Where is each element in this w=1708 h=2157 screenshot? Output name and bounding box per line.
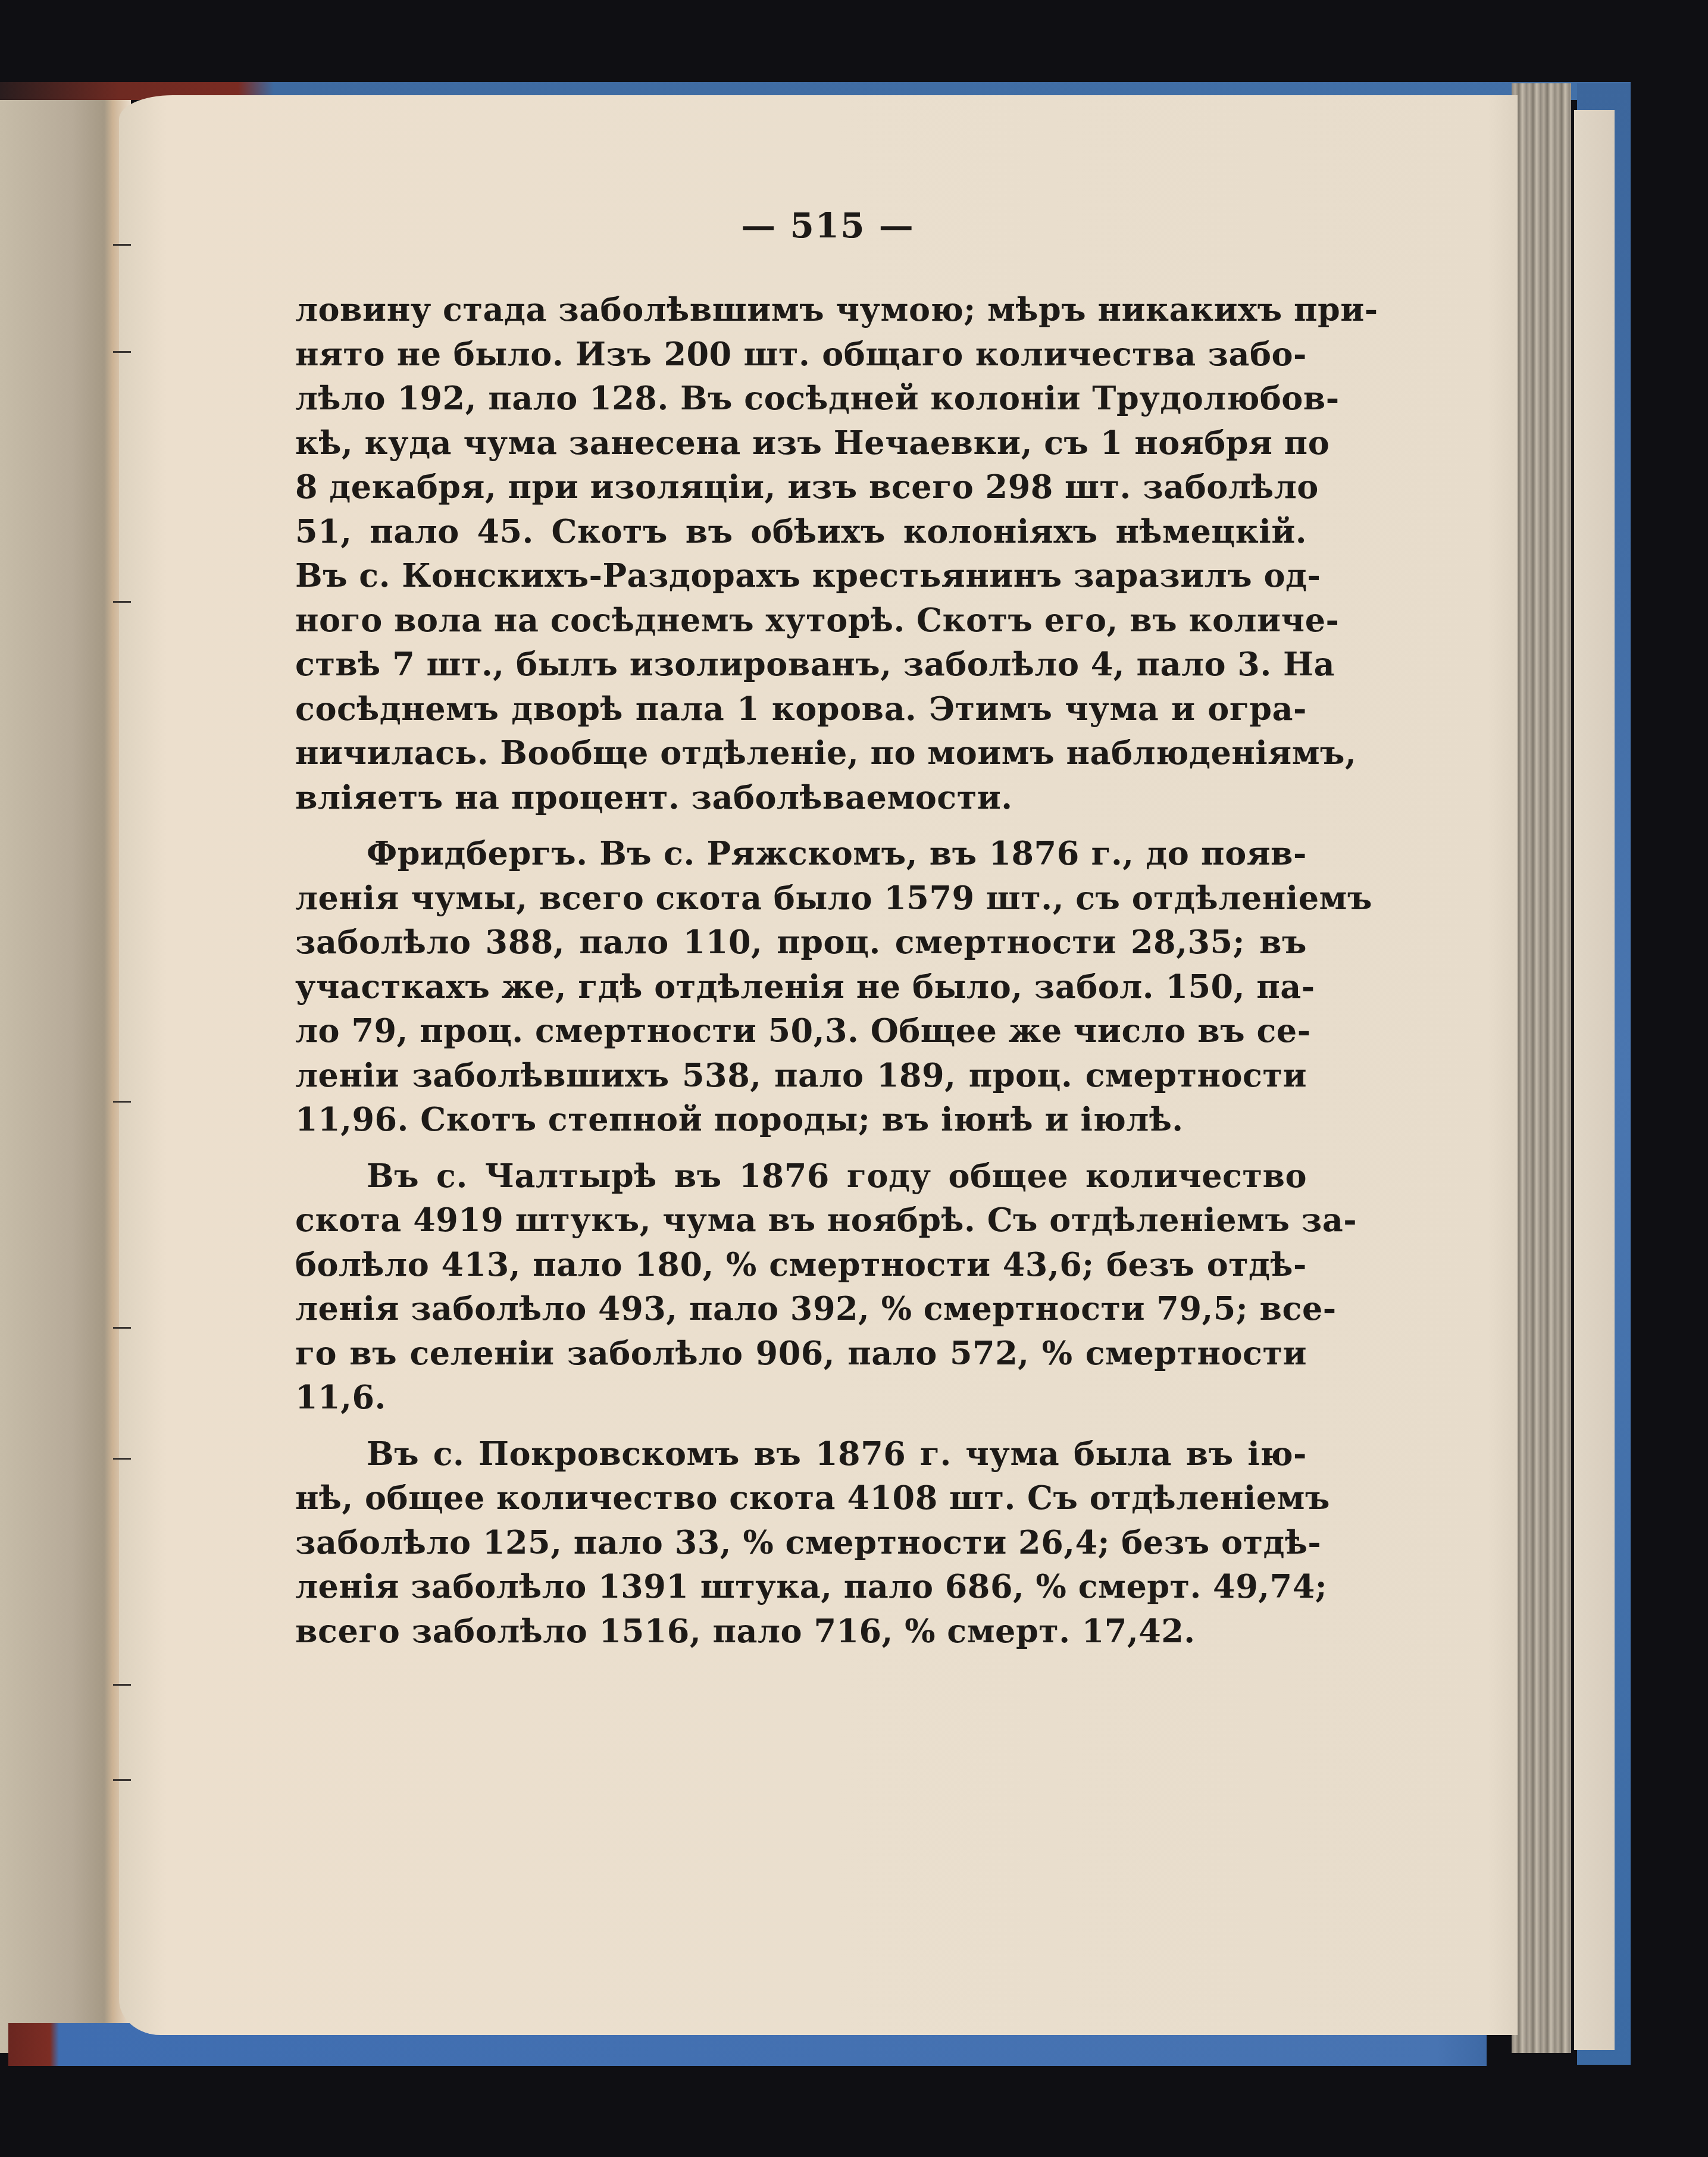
paragraph-3: Въ с. Чалтырѣ въ 1876 году общее количес… — [295, 1154, 1307, 1420]
text-line: Въ с. Покровскомъ въ 1876 г. чума была в… — [295, 1432, 1307, 1476]
page-number: — 515 — — [295, 205, 1307, 246]
text-line: лѣло 192, пало 128. Въ сосѣдней колоніи … — [295, 376, 1307, 421]
back-endpaper — [1574, 110, 1615, 2050]
text-line: ленія чумы, всего скота было 1579 шт., с… — [295, 876, 1307, 921]
text-line: ловину стада заболѣвшимъ чумою; мѣръ ник… — [295, 287, 1307, 332]
page-text-block: — 515 — ловину стада заболѣвшимъ чумою; … — [295, 205, 1307, 1653]
text-line: сосѣднемъ дворѣ пала 1 корова. Этимъ чум… — [295, 687, 1307, 731]
text-line: Въ с. Чалтырѣ въ 1876 году общее количес… — [295, 1154, 1307, 1198]
margin-tick — [113, 1327, 131, 1329]
text-line: заболѣло 125, пало 33, % смертности 26,4… — [295, 1520, 1307, 1565]
text-line: ствѣ 7 шт., былъ изолированъ, заболѣло 4… — [295, 642, 1307, 687]
margin-tick — [113, 1458, 131, 1460]
margin-tick — [113, 1779, 131, 1781]
text-line: ленія заболѣло 493, пало 392, % смертнос… — [295, 1286, 1307, 1331]
text-line: скота 4919 штукъ, чума въ ноябрѣ. Съ отд… — [295, 1198, 1307, 1242]
text-line: вліяетъ на процент. заболѣваемости. — [295, 775, 1307, 820]
text-line: заболѣло 388, пало 110, проц. смертности… — [295, 920, 1307, 965]
left-page-edge — [0, 95, 131, 2053]
text-line: ного вола на сосѣднемъ хуторѣ. Скотъ его… — [295, 598, 1307, 643]
margin-tick — [113, 1101, 131, 1103]
text-line: 11,96. Скотъ степной породы; въ іюнѣ и і… — [295, 1097, 1307, 1142]
margin-tick — [113, 351, 131, 353]
text-line: ленія заболѣло 1391 штука, пало 686, % с… — [295, 1564, 1307, 1609]
text-line: всего заболѣло 1516, пало 716, % смерт. … — [295, 1609, 1307, 1654]
text-line: участкахъ же, гдѣ отдѣленія не было, заб… — [295, 965, 1307, 1009]
margin-tick — [113, 1684, 131, 1686]
paragraph-2: Фридбергъ. Въ с. Ряжскомъ, въ 1876 г., д… — [295, 831, 1307, 1142]
text-line: 11,6. — [295, 1375, 1307, 1420]
text-line: Фридбергъ. Въ с. Ряжскомъ, въ 1876 г., д… — [295, 831, 1307, 876]
text-line: го въ селеніи заболѣло 906, пало 572, % … — [295, 1331, 1307, 1376]
text-line: 8 декабря, при изоляціи, изъ всего 298 ш… — [295, 465, 1307, 509]
text-line: 51, пало 45. Скотъ въ обѣихъ колоніяхъ н… — [295, 509, 1307, 554]
paragraph-1: ловину стада заболѣвшимъ чумою; мѣръ ник… — [295, 287, 1307, 819]
text-line: болѣло 413, пало 180, % смертности 43,6;… — [295, 1242, 1307, 1287]
text-line: нято не было. Изъ 200 шт. общаго количес… — [295, 332, 1307, 377]
text-line: ничилась. Вообще отдѣленіе, по моимъ наб… — [295, 731, 1307, 775]
text-line: леніи заболѣвшихъ 538, пало 189, проц. с… — [295, 1053, 1307, 1098]
margin-tick — [113, 244, 131, 246]
paragraph-4: Въ с. Покровскомъ въ 1876 г. чума была в… — [295, 1432, 1307, 1654]
margin-tick — [113, 601, 131, 603]
text-line: нѣ, общее количество скота 4108 шт. Съ о… — [295, 1476, 1307, 1520]
page-stack-edge — [1512, 83, 1571, 2053]
text-line: Въ с. Конскихъ-Раздорахъ крестьянинъ зар… — [295, 553, 1307, 598]
text-line: кѣ, куда чума занесена изъ Нечаевки, съ … — [295, 421, 1307, 465]
text-line: ло 79, проц. смертности 50,3. Общее же ч… — [295, 1009, 1307, 1053]
